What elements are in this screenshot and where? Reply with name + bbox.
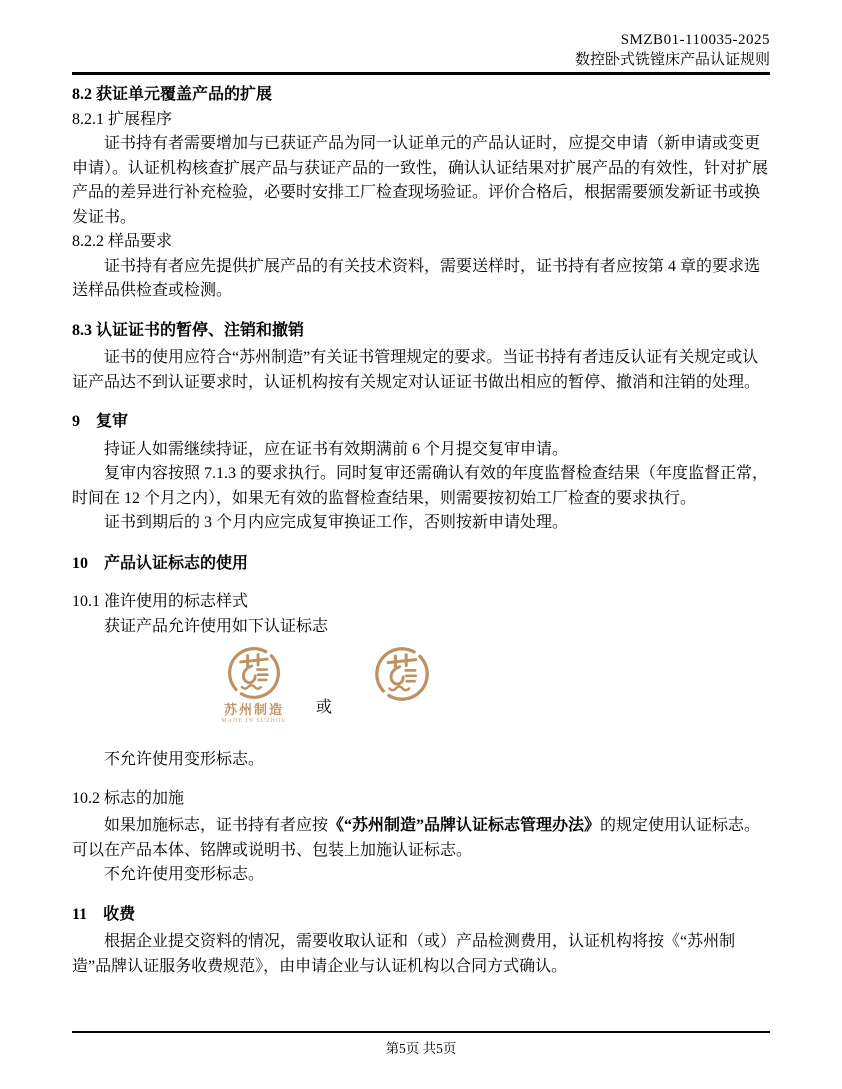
doc-title: 数控卧式铣镗床产品认证规则 bbox=[72, 50, 770, 70]
heading-11: 11 收费 bbox=[72, 903, 770, 928]
heading-8-2-2: 8.2.2 样品要求 bbox=[72, 230, 770, 255]
suzhou-made-logo-icon bbox=[225, 644, 283, 702]
paragraph-9-1: 持证人如需继续持证，应在证书有效期满前 6 个月提交复审申请。 bbox=[72, 438, 770, 463]
page-header: SMZB01-110035-2025 数控卧式铣镗床产品认证规则 bbox=[0, 0, 842, 70]
heading-10-2: 10.2 标志的加施 bbox=[72, 787, 770, 812]
logo-caption-en: MADE IN SUZHOU bbox=[221, 717, 286, 725]
paragraph-8-2-1: 证书持有者需要增加与已获证产品为同一认证单元的产品认证时，应提交申请（新申请或变… bbox=[72, 132, 770, 230]
document-page: SMZB01-110035-2025 数控卧式铣镗床产品认证规则 8.2 获证单… bbox=[0, 0, 842, 1089]
paragraph-8-3: 证书的使用应符合“苏州制造”有关证书管理规定的要求。当证书持有者违反认证有关规定… bbox=[72, 346, 770, 395]
suzhou-made-logo-icon bbox=[372, 644, 432, 704]
heading-10: 10 产品认证标志的使用 bbox=[72, 552, 770, 577]
paragraph-8-2-2: 证书持有者应先提供扩展产品的有关技术资料，需要送样时，证书持有者应按第 4 章的… bbox=[72, 255, 770, 304]
document-body: 8.2 获证单元覆盖产品的扩展 8.2.1 扩展程序 证书持有者需要增加与已获证… bbox=[72, 83, 770, 979]
heading-8-2: 8.2 获证单元覆盖产品的扩展 bbox=[72, 83, 770, 108]
paragraph-no-deform-1: 不允许使用变形标志。 bbox=[72, 748, 770, 773]
heading-9: 9 复审 bbox=[72, 410, 770, 435]
or-label: 或 bbox=[316, 696, 332, 721]
paragraph-9-2: 复审内容按照 7.1.3 的要求执行。同时复审还需确认有效的年度监督检查结果（年… bbox=[72, 462, 770, 511]
paragraph-10-2: 如果加施标志，证书持有者应按《“苏州制造”品牌认证标志管理办法》的规定使用认证标… bbox=[72, 814, 770, 863]
heading-8-3: 8.3 认证证书的暂停、注销和撤销 bbox=[72, 319, 770, 344]
paragraph-no-deform-2: 不允许使用变形标志。 bbox=[72, 863, 770, 888]
heading-8-2-1: 8.2.1 扩展程序 bbox=[72, 108, 770, 133]
paragraph-10-2-pre: 如果加施标志，证书持有者应按 bbox=[104, 817, 328, 834]
certification-marks: 苏州制造 MADE IN SUZHOU 或 bbox=[206, 644, 770, 746]
paragraph-9-3: 证书到期后的 3 个月内应完成复审换证工作，否则按新申请处理。 bbox=[72, 511, 770, 536]
paragraph-10-1: 获证产品允许使用如下认证标志 bbox=[72, 615, 770, 640]
paragraph-11: 根据企业提交资料的情况，需要收取认证和（或）产品检测费用，认证机构将按《“苏州制… bbox=[72, 930, 770, 979]
header-rule bbox=[72, 72, 770, 75]
doc-number: SMZB01-110035-2025 bbox=[72, 30, 770, 50]
page-number: 第5页 共5页 bbox=[386, 1041, 457, 1056]
page-footer: 第5页 共5页 bbox=[72, 1031, 770, 1057]
logo-caption-cn: 苏州制造 bbox=[224, 703, 284, 717]
paragraph-10-2-bold: 《“苏州制造”品牌认证标志管理办法》 bbox=[328, 817, 600, 834]
mark-with-caption: 苏州制造 MADE IN SUZHOU bbox=[206, 644, 302, 725]
heading-10-1: 10.1 准许使用的标志样式 bbox=[72, 590, 770, 615]
